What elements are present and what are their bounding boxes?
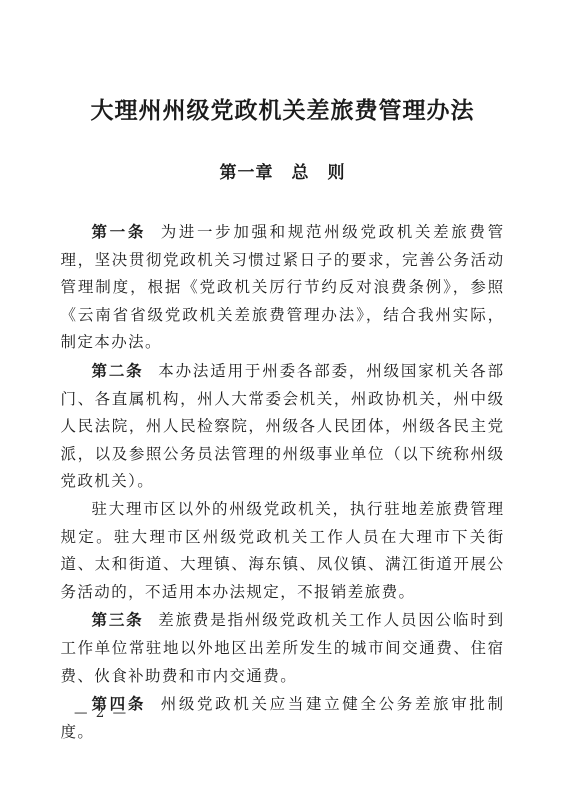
article-label: 第三条	[92, 610, 144, 629]
paragraph: 第一条为进一步加强和规范州级党政机关差旅费管理，坚决贯彻党政机关习惯过紧日子的要…	[61, 218, 505, 357]
article-label: 第二条	[92, 361, 144, 380]
paragraph: 驻大理市区以外的州级党政机关，执行驻地差旅费管理规定。驻大理市区州级党政机关工作…	[61, 496, 505, 606]
document-title: 大理州州级党政机关差旅费管理办法	[0, 0, 565, 126]
paragraph: 第二条本办法适用于州委各部委，州级国家机关各部门、各直属机构，州人大常委会机关，…	[61, 357, 505, 496]
page-number: — 2 —	[74, 705, 128, 721]
article-text: 驻大理市区以外的州级党政机关，执行驻地差旅费管理规定。驻大理市区州级党政机关工作…	[61, 500, 505, 601]
chapter-heading: 第一章 总 则	[0, 162, 565, 184]
paragraph: 第三条差旅费是指州级党政机关工作人员因公临时到工作单位常驻地以外地区出差所发生的…	[61, 606, 505, 690]
body-paragraphs: 第一条为进一步加强和规范州级党政机关差旅费管理，坚决贯彻党政机关习惯过紧日子的要…	[61, 218, 505, 746]
article-label: 第一条	[92, 222, 146, 241]
document-page: 大理州州级党政机关差旅费管理办法 第一章 总 则 第一条为进一步加强和规范州级党…	[0, 0, 565, 800]
article-text: 为进一步加强和规范州级党政机关差旅费管理，坚决贯彻党政机关习惯过紧日子的要求，完…	[61, 223, 505, 351]
article-text: 本办法适用于州委各部委，州级国家机关各部门、各直属机构，州人大常委会机关，州政协…	[61, 362, 505, 490]
